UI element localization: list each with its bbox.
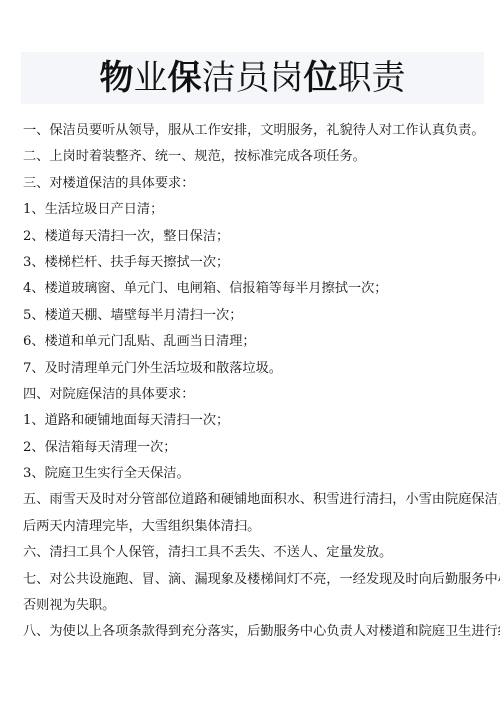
list-item: 3、楼梯栏杆、扶手每天擦拭一次； — [23, 250, 493, 276]
list-item: 3、院庭卫生实行全天保洁。 — [23, 461, 493, 487]
clause-5: 五、雨雪天及时对分管部位道路和硬铺地面积水、积雪进行清扫，小雪由院庭保洁员在雪 — [23, 487, 493, 513]
title-banner: 物业保洁员岗位职责 — [21, 52, 484, 104]
page-title: 物业保洁员岗位职责 — [100, 52, 406, 104]
clause-6: 六、清扫工具个人保管，清扫工具不丢失、不送人、定量发放。 — [23, 540, 493, 566]
title-part: 位 — [304, 58, 338, 98]
title-part: 物 — [100, 58, 134, 98]
list-item: 2、楼道每天清扫一次，整日保洁； — [23, 224, 493, 250]
list-item: 4、楼道玻璃窗、单元门、电闸箱、信报箱等每半月擦拭一次； — [23, 276, 493, 302]
title-part: 洁员岗 — [202, 58, 304, 98]
list-item: 6、楼道和单元门乱贴、乱画当日清理； — [23, 329, 493, 355]
clause-7-continued: 否则视为失职。 — [23, 593, 493, 619]
list-item: 5、楼道天棚、墙壁每半月清扫一次； — [23, 303, 493, 329]
clause-1: 一、保洁员要听从领导，服从工作安排，文明服务，礼貌待人对工作认真负责。 — [23, 118, 493, 144]
clause-2: 二、上岗时着装整齐、统一、规范，按标准完成各项任务。 — [23, 144, 493, 170]
list-item: 2、保洁箱每天清理一次； — [23, 435, 493, 461]
title-part: 业 — [134, 58, 168, 98]
clause-8: 八、为使以上各项条款得到充分落实，后勤服务中心负责人对楼道和院庭卫生进行经常性 — [23, 619, 493, 645]
title-part: 保 — [168, 58, 202, 98]
clause-5-continued: 后两天内清理完毕，大雪组织集体清扫。 — [23, 514, 493, 540]
list-item: 1、生活垃圾日产日清； — [23, 197, 493, 223]
document-body: 一、保洁员要听从领导，服从工作安排，文明服务，礼貌待人对工作认真负责。 二、上岗… — [23, 118, 493, 646]
section-4-heading: 四、对院庭保洁的具体要求： — [23, 382, 493, 408]
clause-7: 七、对公共设施跑、冒、滴、漏现象及楼梯间灯不亮，一经发现及时向后勤服务中心报告， — [23, 567, 493, 593]
list-item: 1、道路和硬铺地面每天清扫一次； — [23, 408, 493, 434]
title-part: 职责 — [338, 58, 406, 98]
list-item: 7、及时清理单元门外生活垃圾和散落垃圾。 — [23, 356, 493, 382]
section-3-heading: 三、对楼道保洁的具体要求： — [23, 171, 493, 197]
